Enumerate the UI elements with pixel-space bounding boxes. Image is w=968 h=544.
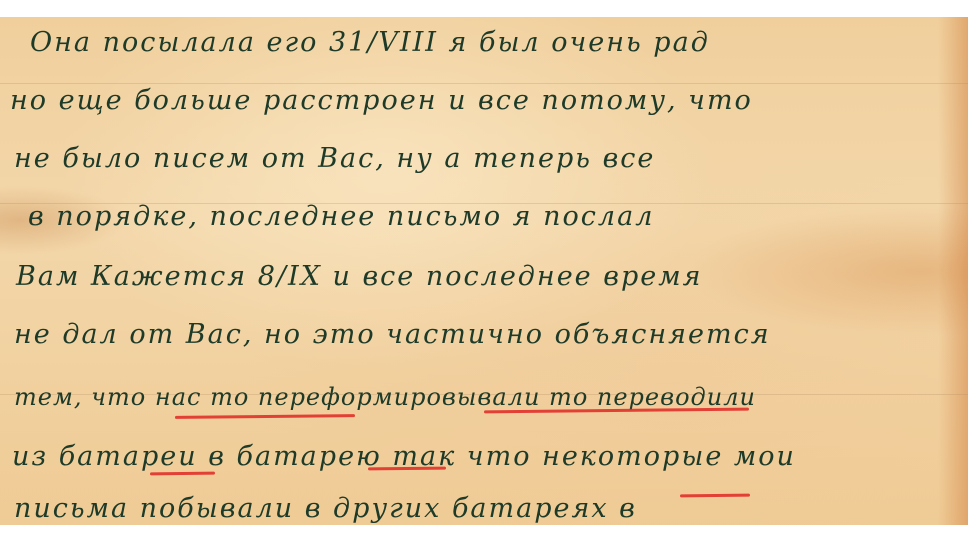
letter-line-text: не было писем от Вас, ну а теперь все: [14, 133, 655, 185]
letter-line-text: тем, что нас то переформировывали то пер…: [14, 371, 756, 423]
letter-line-1: Она посылала его 31/VIII я был очень рад: [0, 17, 968, 69]
letter-line-3: не было писем от Вас, ну а теперь все: [0, 133, 968, 185]
letter-line-2: но еще больше расстроен и все потому, чт…: [0, 75, 968, 127]
letter-line-text: но еще больше расстроен и все потому, чт…: [10, 75, 753, 127]
letter-line-text: Вам Кажется 8/IX и все последнее время: [16, 251, 702, 303]
letter-line-9: письма побывали в других батареях в: [0, 483, 968, 535]
letter-line-6: не дал от Вас, но это частично объясняет…: [0, 309, 968, 361]
letter-line-7: тем, что нас то переформировывали то пер…: [0, 371, 968, 423]
letter-paper: Она посылала его 31/VIII я был очень рад…: [0, 17, 968, 525]
letter-line-text: Она посылала его 31/VIII я был очень рад: [30, 17, 710, 69]
letter-line-4: в порядке, последнее письмо я послал: [0, 191, 968, 243]
letter-line-text: письма побывали в других батареях в: [14, 483, 637, 535]
letter-line-text: из батареи в батарею так что некоторые м…: [12, 431, 796, 483]
letter-line-5: Вам Кажется 8/IX и все последнее время: [0, 251, 968, 303]
letter-line-8: из батареи в батарею так что некоторые м…: [0, 431, 968, 483]
letter-line-text: не дал от Вас, но это частично объясняет…: [14, 309, 771, 361]
letter-line-text: в порядке, последнее письмо я послал: [28, 191, 654, 243]
